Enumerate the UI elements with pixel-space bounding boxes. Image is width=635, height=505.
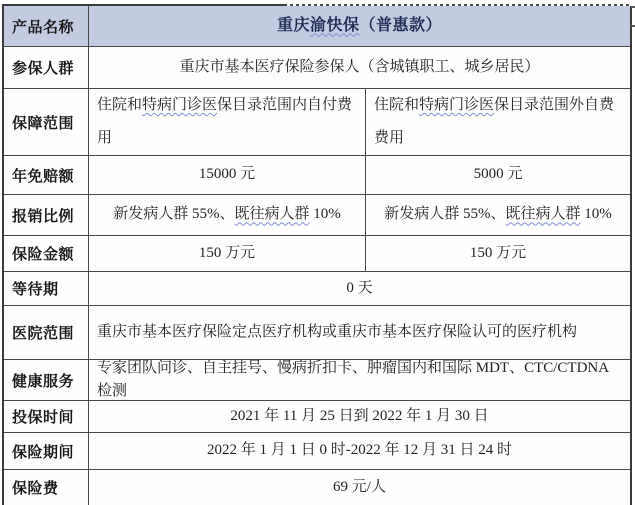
table-row-product-name: 产品名称重庆渝快保（普惠款）	[4, 6, 630, 46]
right-edge-tick	[631, 25, 635, 27]
cell-text: 15000 元	[199, 166, 255, 182]
table-row-enrollment-time: 投保时间2021 年 11 月 25 日到 2022 年 1 月 30 日	[4, 400, 630, 432]
row-label-health-services: 健康服务	[4, 360, 89, 400]
spellcheck-wavy-text: 既往病人群	[505, 206, 580, 222]
cell-text: 专家团队问诊、自主挂号、慢病折扣卡、肿瘤国内和国际 MDT、CTC/CTDNA …	[97, 360, 608, 399]
table-cell: 住院和特病门诊医保目录范围外自费费用	[365, 89, 630, 155]
table-row-insured-group: 参保人群重庆市基本医疗保险参保人（含城镇职工、城乡居民）	[4, 46, 630, 88]
table-cell: 15000 元	[89, 156, 365, 194]
table-row-policy-period: 保险期间2022 年 1 月 1 日 0 时-2022 年 12 月 31 日 …	[4, 432, 630, 469]
table-row-insured-amount: 保险金额150 万元150 万元	[4, 235, 630, 271]
table-row-waiting-period: 等待期0 天	[4, 271, 630, 305]
table-cell: 5000 元	[365, 156, 630, 194]
table-cell: 0 天	[89, 272, 630, 305]
table-cell: 专家团队问诊、自主挂号、慢病折扣卡、肿瘤国内和国际 MDT、CTC/CTDNA …	[89, 360, 630, 400]
table-cell: 2022 年 1 月 1 日 0 时-2022 年 12 月 31 日 24 时	[89, 433, 630, 469]
table-row-premium: 保险费69 元/人	[4, 469, 630, 505]
row-label-reimbursement-ratio: 报销比例	[4, 195, 89, 235]
cell-text: 0 天	[346, 280, 372, 296]
cell-text: 新发病人群 55%、	[384, 206, 505, 222]
right-edge-tick	[631, 6, 635, 8]
cell-text: 住院和	[97, 97, 142, 113]
table-row-hospital-scope: 医院范围重庆市基本医疗保险定点医疗机构或重庆市基本医疗保险认可的医疗机构	[4, 305, 630, 359]
cell-text: 新发病人群 55%、	[113, 206, 234, 222]
cell-text: 150 万元	[199, 245, 255, 261]
table-cell: 150 万元	[89, 236, 365, 271]
table-cell: 新发病人群 55%、既往病人群 10%	[365, 195, 630, 235]
row-label-enrollment-time: 投保时间	[4, 401, 89, 432]
table-cell: 150 万元	[365, 236, 630, 271]
cell-text: 2022 年 1 月 1 日 0 时-2022 年 12 月 31 日 24 时	[207, 442, 512, 458]
cell-text: 重庆	[277, 17, 310, 34]
row-label-premium: 保险费	[4, 470, 89, 505]
table-cell: 重庆渝快保（普惠款）	[89, 6, 630, 46]
cell-text: 150 万元	[470, 245, 526, 261]
spellcheck-wavy-text: 特病门诊医	[142, 97, 217, 113]
cell-text: 重庆市基本医疗保险参保人（含城镇职工、城乡居民）	[179, 59, 539, 75]
cell-text: 69 元/人	[333, 479, 386, 495]
screenshot-stage: 产品名称重庆渝快保（普惠款）参保人群重庆市基本医疗保险参保人（含城镇职工、城乡居…	[0, 0, 635, 505]
row-label-coverage-scope: 保障范围	[4, 89, 89, 155]
cell-text: 住院和	[374, 97, 419, 113]
spellcheck-wavy-text: 既往病人群	[234, 206, 309, 222]
table-cell: 2021 年 11 月 25 日到 2022 年 1 月 30 日	[89, 401, 630, 432]
table-row-health-services: 健康服务专家团队问诊、自主挂号、慢病折扣卡、肿瘤国内和国际 MDT、CTC/CT…	[4, 359, 630, 400]
table-cell: 住院和特病门诊医保目录范围内自付费用	[89, 89, 365, 155]
cell-text: 10%	[310, 206, 341, 222]
row-label-waiting-period: 等待期	[4, 272, 89, 305]
cell-text: （普惠款）	[360, 17, 443, 34]
table-row-coverage-scope: 保障范围住院和特病门诊医保目录范围内自付费用住院和特病门诊医保目录范围外自费费用	[4, 88, 630, 155]
table-cell: 重庆市基本医疗保险定点医疗机构或重庆市基本医疗保险认可的医疗机构	[89, 306, 630, 359]
insurance-product-table: 产品名称重庆渝快保（普惠款）参保人群重庆市基本医疗保险参保人（含城镇职工、城乡居…	[2, 4, 632, 505]
spellcheck-wavy-text: 特病门诊医	[419, 97, 494, 113]
cell-text: 重庆市基本医疗保险定点医疗机构或重庆市基本医疗保险认可的医疗机构	[97, 324, 577, 340]
spellcheck-wavy-text: 渝快保	[310, 17, 360, 34]
row-label-insured-amount: 保险金额	[4, 236, 89, 271]
table-cell: 重庆市基本医疗保险参保人（含城镇职工、城乡居民）	[89, 47, 630, 88]
table-row-annual-deductible: 年免赔额15000 元5000 元	[4, 155, 630, 194]
row-label-annual-deductible: 年免赔额	[4, 156, 89, 194]
cell-text: 10%	[581, 206, 612, 222]
row-label-product-name: 产品名称	[4, 6, 89, 46]
row-label-policy-period: 保险期间	[4, 433, 89, 469]
table-row-reimbursement-ratio: 报销比例新发病人群 55%、既往病人群 10%新发病人群 55%、既往病人群 1…	[4, 194, 630, 235]
top-border-dotted-segment	[284, 4, 632, 6]
table-cell: 69 元/人	[89, 470, 630, 505]
cell-text: 2021 年 11 月 25 日到 2022 年 1 月 30 日	[230, 408, 488, 424]
row-label-insured-group: 参保人群	[4, 47, 89, 88]
cell-text: 5000 元	[474, 166, 523, 182]
table-cell: 新发病人群 55%、既往病人群 10%	[89, 195, 365, 235]
row-label-hospital-scope: 医院范围	[4, 306, 89, 359]
